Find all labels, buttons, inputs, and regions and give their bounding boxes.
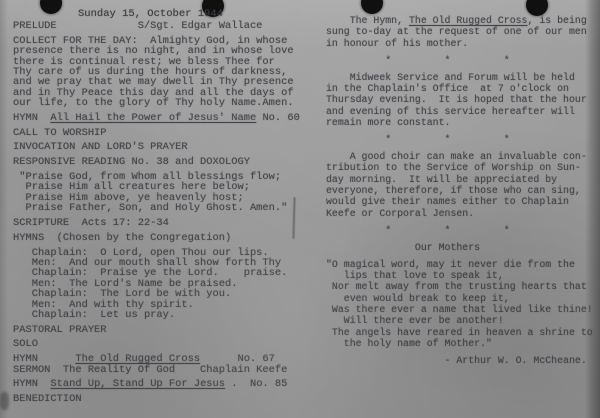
text-line: the holy name of Mother." <box>326 338 596 349</box>
announcements-column: The Hymn, The Old Rugged Cross, is being… <box>326 15 596 367</box>
text-line: * * * <box>326 225 596 236</box>
text-line: in the Chaplain's Office at 7 o'clock on <box>326 83 596 94</box>
text-line: SOLO <box>13 339 318 349</box>
text-line: remain more constant. <box>326 117 596 128</box>
text-line: SERMON The Reality Of God Chaplain Keefe <box>13 365 318 375</box>
text-line: Keefe or Corporal Jensen. <box>326 208 596 219</box>
text-line: INVOCATION AND LORD'S PRAYER <box>13 142 318 152</box>
text-line: even would break to keep it, <box>326 293 596 304</box>
text-line: Thursday evening. It is hoped that the h… <box>326 94 596 105</box>
text-line: The Hymn, The Old Rugged Cross, is being <box>326 15 596 26</box>
text-line: HYMN All Hail the Power of Jesus' Name N… <box>13 113 318 123</box>
punch-hole <box>526 0 548 16</box>
text-line: in honour of his mother. <box>326 38 596 49</box>
smudge-mark <box>0 392 9 410</box>
text-line: everyone, therefore, if those who can si… <box>326 185 596 196</box>
text-line: * * * <box>326 55 596 66</box>
text-line: Chaplain: The Lord be with you. <box>13 289 318 299</box>
text-line: SCRIPTURE Acts 17: 22-34 <box>13 218 318 228</box>
page-left-edge-shadow <box>0 0 8 418</box>
church-bulletin-page: Sunday 15, October 1944 PRELUDE S/Sgt. E… <box>0 0 600 418</box>
text-line: A good choir can make an invaluable con- <box>326 151 596 162</box>
text-line: HYMN Stand Up, Stand Up For Jesus . No. … <box>13 379 318 389</box>
text-line: Nor melt away from the trusting hearts t… <box>326 281 596 292</box>
text-line: PRELUDE S/Sgt. Edgar Wallace <box>13 21 318 31</box>
text-line: tribution to the Service of Worship on S… <box>326 162 596 173</box>
order-of-service-column: PRELUDE S/Sgt. Edgar WallaceCOLLECT FOR … <box>13 21 318 405</box>
text-line: PASTORAL PRAYER <box>13 325 318 335</box>
text-line: HYMNS (Chosen by the Congregation) <box>13 233 318 243</box>
punch-hole <box>361 0 383 14</box>
text-line: sung to-day at the request of one of our… <box>326 26 596 37</box>
text-line: day morning. It will be appreciated by <box>326 174 596 185</box>
text-line: Will there ever be another! <box>326 315 596 326</box>
text-line: CALL TO WORSHIP <box>13 128 318 138</box>
text-line: our life, to the glory of Thy holy Name.… <box>13 98 318 108</box>
text-line: Was there ever a name that lived like th… <box>326 304 596 315</box>
text-line: Midweek Service and Forum will be held <box>326 72 596 83</box>
text-line: BENEDICTION <box>13 394 318 404</box>
text-line: presence there is no night, and in whose… <box>13 46 318 56</box>
text-line: lips that love to speak it, <box>326 270 596 281</box>
text-line: Praise Father, Son, and Holy Ghost. Amen… <box>13 203 318 213</box>
punch-hole <box>40 0 62 14</box>
text-line: "O magical word, may it never die from t… <box>326 259 596 270</box>
text-line: The angels have reared in heaven a shrin… <box>326 327 596 338</box>
text-line: Our Mothers <box>326 242 596 253</box>
text-line: RESPONSIVE READING No. 38 and DOXOLOGY <box>13 157 318 167</box>
date-line: Sunday 15, October 1944 <box>78 8 223 20</box>
text-line: and evening of this service hereafter wi… <box>326 106 596 117</box>
text-line: * * * <box>326 134 596 145</box>
text-line: would give their names either to Chaplai… <box>326 196 596 207</box>
text-line: Chaplain: Let us pray. <box>13 310 318 320</box>
text-line: - Arthur W. O. McCheane. <box>326 355 596 366</box>
